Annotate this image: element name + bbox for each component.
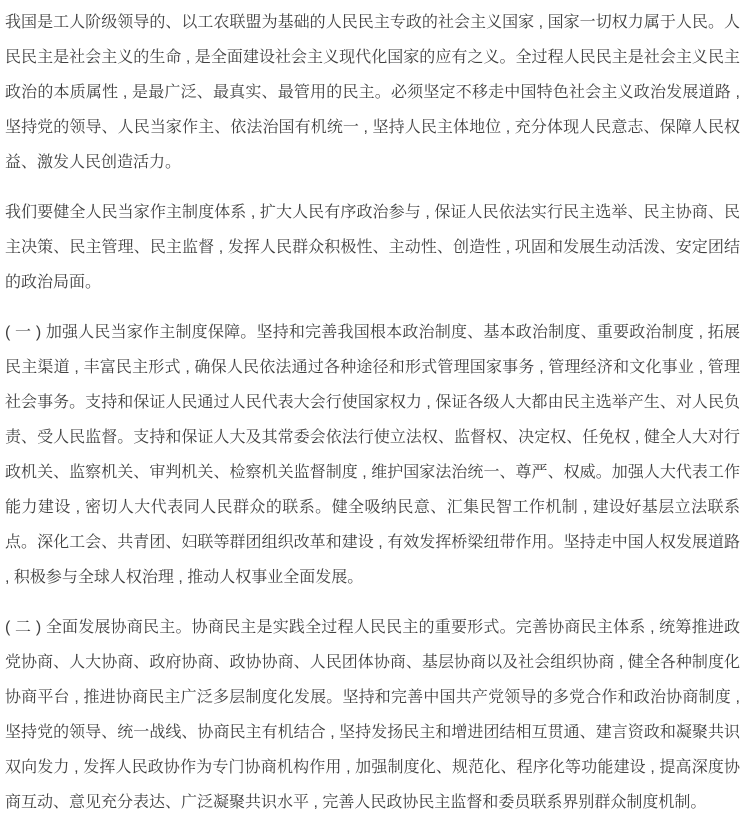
paragraph-section-2: ( 二 ) 全面发展协商民主。协商民主是实践全过程人民民主的重要形式。完善协商民… bbox=[5, 610, 740, 813]
paragraph-section-1: ( 一 ) 加强人民当家作主制度保障。坚持和完善我国根本政治制度、基本政治制度、… bbox=[5, 315, 740, 595]
paragraph-intro: 我国是工人阶级领导的、以工农联盟为基础的人民民主专政的社会主义国家 , 国家一切… bbox=[5, 5, 740, 180]
article-body: 我国是工人阶级领导的、以工农联盟为基础的人民民主专政的社会主义国家 , 国家一切… bbox=[0, 0, 747, 813]
paragraph-overview: 我们要健全人民当家作主制度体系 , 扩大人民有序政治参与 , 保证人民依法实行民… bbox=[5, 195, 740, 300]
